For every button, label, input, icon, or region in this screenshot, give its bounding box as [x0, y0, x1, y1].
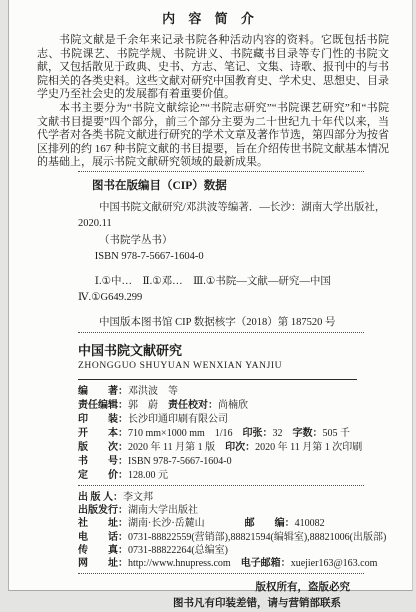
field-label: 网 址：: [78, 558, 128, 569]
field-label: 定 价：: [78, 470, 128, 481]
field-label: 字数：: [293, 428, 323, 439]
field-label: 责任校对：: [168, 400, 218, 411]
field-value: [158, 400, 168, 411]
field-label: 出版发行：: [78, 505, 128, 516]
print-info-rows: 编 著：邓洪波 等责任编辑：郭 蔚 责任校对：尚楠欣印 装：长沙印通印刷有限公司…: [78, 385, 364, 482]
field-label: 印次：: [225, 442, 255, 453]
print-info-row: 开 本：710 mm×1000 mm 1/16 印张：32 字数：505 千: [78, 427, 364, 441]
cip-line: （书院学丛书）: [78, 233, 364, 250]
publisher-info-row: 网 址：http://www.hnupress.com 电子邮箱：xuejier…: [78, 557, 364, 570]
field-value: [205, 518, 245, 529]
field-label: 社 址：: [78, 518, 128, 529]
field-value: 2020 年 11 月第 1 次印刷: [255, 442, 362, 453]
print-info-row: 定 价：128.00 元: [78, 469, 364, 483]
misprint-notice: 图书凡有印装差错，请与营销部联系: [78, 596, 341, 600]
publisher-info-row: 电 话：0731-88822559(营销部),88821594(编辑室),888…: [78, 531, 364, 544]
publisher-info-row: 出版发行：湖南大学出版社: [78, 504, 364, 517]
book-title-pinyin: ZHONGGUO SHUYUAN WENXIAN YANJIU: [78, 359, 357, 373]
publisher-info-row: 传 真：0731-88822264(总编室): [78, 544, 364, 557]
field-value: ISBN 978-7-5667-1604-0: [128, 456, 232, 467]
field-value: 湖南大学出版社: [128, 505, 198, 516]
field-value: 0731-88822559(营销部),88821594(编辑室),8882100…: [128, 532, 386, 543]
field-value: 505 千: [323, 428, 351, 439]
field-value: 710 mm×1000 mm 1/16: [128, 428, 243, 439]
field-label: 电 话：: [78, 532, 128, 543]
field-value: 湖南·长沙·岳麓山: [128, 518, 205, 529]
field-label: 印 装：: [78, 414, 128, 425]
field-label: 传 真：: [78, 545, 128, 556]
publisher-info-row: 社 址：湖南·长沙·岳麓山 邮 编：410082: [78, 517, 364, 530]
field-value: 32: [273, 428, 293, 439]
content-summary-title: 内 容 简 介: [9, 0, 412, 27]
cip-line: 中国版本图书馆 CIP 数据核字（2018）第 187520 号: [78, 315, 364, 332]
summary-paragraph: 本书主要分为“书院文献综论”“书院志研究”“书院课艺研究”和“书院文献书目提要”…: [37, 102, 389, 170]
colophon-section: 图书在版编目（CIP）数据 中国书院文献研究/邓洪波等编著．—长沙：湖南大学出版…: [78, 171, 364, 600]
field-label: 编 著：: [78, 386, 128, 397]
field-value: 长沙印通印刷有限公司: [128, 414, 228, 425]
field-label: 责任编辑：: [78, 400, 128, 411]
cip-data-block: 中国书院文献研究/邓洪波等编著．—长沙：湖南大学出版社，2020.11（书院学丛…: [78, 200, 364, 332]
dotted-divider: [78, 573, 364, 574]
field-value: 李文邦: [123, 492, 153, 503]
field-label: 书 号：: [78, 456, 128, 467]
print-info-row: 编 著：邓洪波 等: [78, 385, 364, 399]
field-label: 电子邮箱：: [241, 558, 291, 569]
field-value: 2020 年 11 月第 1 版: [128, 442, 225, 453]
field-label: 开 本：: [78, 428, 128, 439]
field-label: 印张：: [243, 428, 273, 439]
publisher-info-row: 出 版 人：李文邦: [78, 491, 364, 504]
content-summary-paragraphs: 书院文献是千余年来记录书院各种活动内容的资料。它既包括书院志、书院课艺、书院学规…: [9, 34, 412, 170]
field-value: 邓洪波 等: [128, 386, 178, 397]
print-info-row: 版 次：2020 年 11 月第 1 版 印次：2020 年 11 月第 1 次…: [78, 441, 364, 455]
dotted-divider: [78, 485, 364, 486]
cip-line: Ⅰ.①中… Ⅱ.①邓… Ⅲ.①书院—文献—研究—中国: [78, 274, 364, 291]
field-value: 尚楠欣: [218, 400, 248, 411]
print-info-row: 责任编辑：郭 蔚 责任校对：尚楠欣: [78, 399, 364, 413]
copyright-page: 内 容 简 介 书院文献是千余年来记录书院各种活动内容的资料。它既包括书院志、书…: [8, 0, 413, 591]
cip-line: Ⅳ.①G649.299: [78, 290, 364, 307]
field-value: http://www.hnupress.com: [128, 558, 241, 569]
dotted-divider: [78, 171, 364, 172]
field-value: 郭 蔚: [128, 400, 158, 411]
field-value: xuejier163@163.com: [291, 558, 378, 569]
field-label: 版 次：: [78, 442, 128, 453]
field-value: 128.00 元: [128, 470, 168, 481]
print-info-row: 书 号：ISBN 978-7-5667-1604-0: [78, 455, 364, 469]
cip-heading: 图书在版编目（CIP）数据: [92, 179, 364, 193]
book-title-block: 中国书院文献研究 ZHONGGUO SHUYUAN WENXIAN YANJIU: [78, 342, 357, 380]
field-value: 410082: [295, 518, 325, 529]
cip-line: ISBN 978-7-5667-1604-0: [78, 249, 364, 266]
rights-notice: 版权所有，盗版必究 图书凡有印装差错，请与营销部联系: [78, 580, 364, 600]
copyright-warning: 版权所有，盗版必究: [78, 580, 350, 596]
print-info-row: 印 装：长沙印通印刷有限公司: [78, 413, 364, 427]
field-label: 邮 编：: [245, 518, 295, 529]
publisher-info-rows: 出 版 人：李文邦出版发行：湖南大学出版社社 址：湖南·长沙·岳麓山 邮 编：4…: [78, 491, 364, 571]
cip-line: 2020.11: [78, 216, 364, 233]
field-value: 0731-88822264(总编室): [128, 545, 228, 556]
book-title-chinese: 中国书院文献研究: [78, 342, 357, 359]
cip-line: 中国书院文献研究/邓洪波等编著．—长沙：湖南大学出版社，: [78, 200, 364, 217]
summary-paragraph: 书院文献是千余年来记录书院各种活动内容的资料。它既包括书院志、书院课艺、书院学规…: [37, 34, 389, 102]
field-label: 出 版 人：: [78, 492, 123, 503]
dotted-divider: [78, 332, 364, 333]
